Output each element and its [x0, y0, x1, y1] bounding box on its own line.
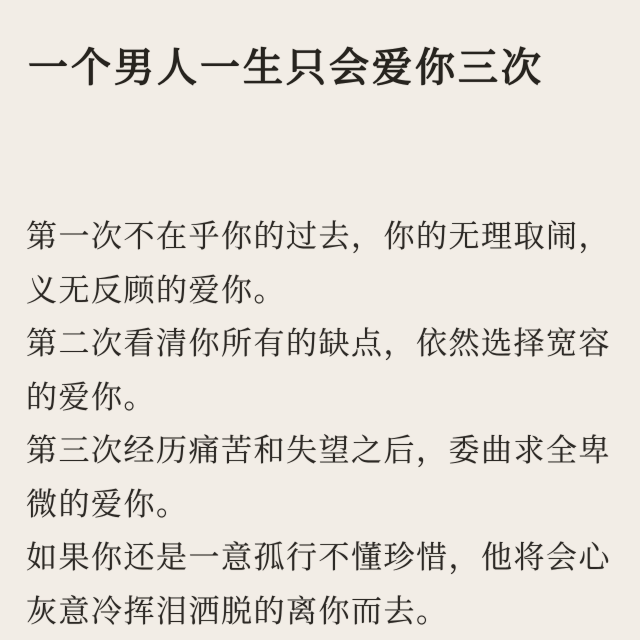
- quote-body: 第一次不在乎你的过去，你的无理取闹， 义无反顾的爱你。 第二次看清你所有的缺点，…: [26, 210, 622, 638]
- body-line: 义无反顾的爱你。: [26, 264, 622, 318]
- body-line: 灰意冷挥泪洒脱的离你而去。: [26, 585, 622, 639]
- body-line: 如果你还是一意孤行不懂珍惜，他将会心: [26, 531, 622, 585]
- body-line: 第二次看清你所有的缺点，依然选择宽容: [26, 317, 622, 371]
- page-title: 一个男人一生只会爱你三次: [28, 44, 544, 92]
- body-line: 微的爱你。: [26, 478, 622, 532]
- body-line: 第一次不在乎你的过去，你的无理取闹，: [26, 210, 622, 264]
- quote-card: 一个男人一生只会爱你三次 第一次不在乎你的过去，你的无理取闹， 义无反顾的爱你。…: [0, 0, 640, 640]
- body-line: 第三次经历痛苦和失望之后，委曲求全卑: [26, 424, 622, 478]
- body-line: 的爱你。: [26, 371, 622, 425]
